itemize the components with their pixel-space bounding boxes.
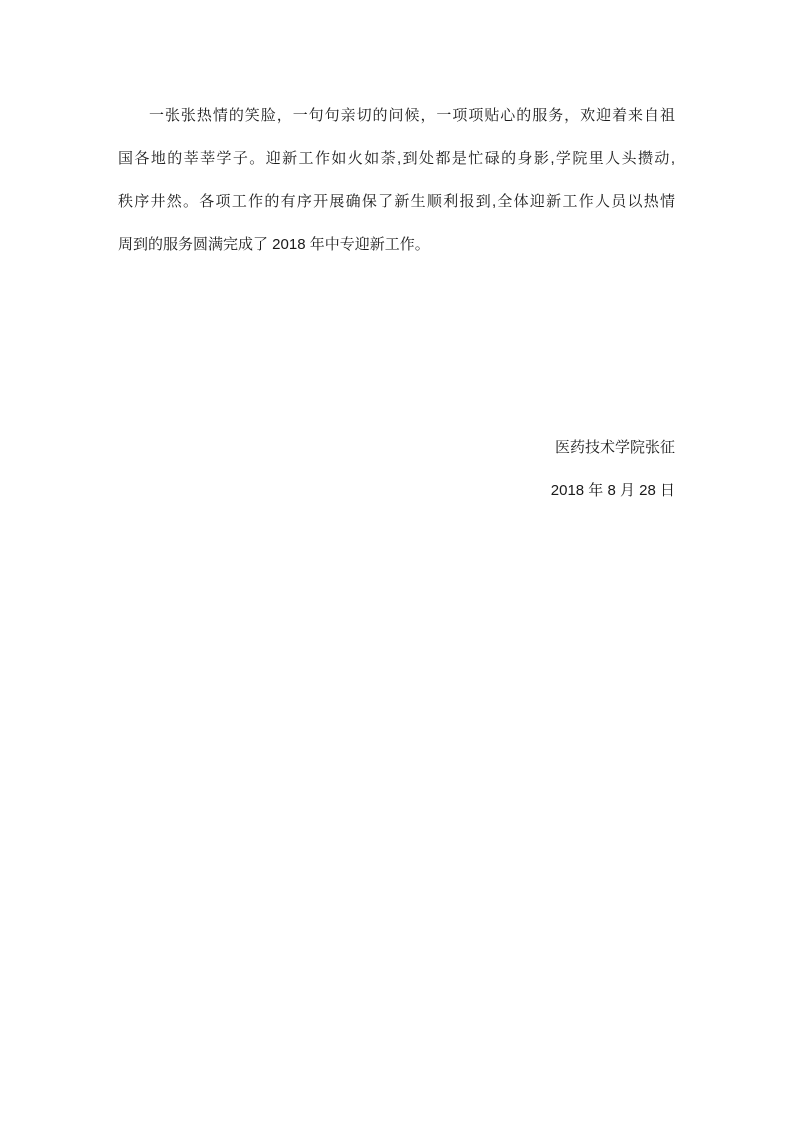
signature-line: 医药技术学院张征 bbox=[118, 426, 675, 469]
paragraph-line-4: 周到的服务圆满完成了 2018 年中专迎新工作。 bbox=[118, 223, 675, 266]
closing-block: 医药技术学院张征 2018 年 8 月 28 日 bbox=[118, 426, 675, 512]
paragraph-line-3: 秩序井然。各项工作的有序开展确保了新生顺利报到,全体迎新工作人员以热情 bbox=[118, 180, 675, 223]
document-page: 一张张热情的笑脸，一句句亲切的问候，一项项贴心的服务，欢迎着来自祖 国各地的莘莘… bbox=[0, 0, 793, 1122]
body-paragraph: 一张张热情的笑脸，一句句亲切的问候，一项项贴心的服务，欢迎着来自祖 国各地的莘莘… bbox=[118, 94, 675, 266]
date-line: 2018 年 8 月 28 日 bbox=[118, 469, 675, 512]
paragraph-line-1: 一张张热情的笑脸，一句句亲切的问候，一项项贴心的服务，欢迎着来自祖 bbox=[118, 94, 675, 137]
paragraph-line-2: 国各地的莘莘学子。迎新工作如火如荼,到处都是忙碌的身影,学院里人头攒动, bbox=[118, 137, 675, 180]
